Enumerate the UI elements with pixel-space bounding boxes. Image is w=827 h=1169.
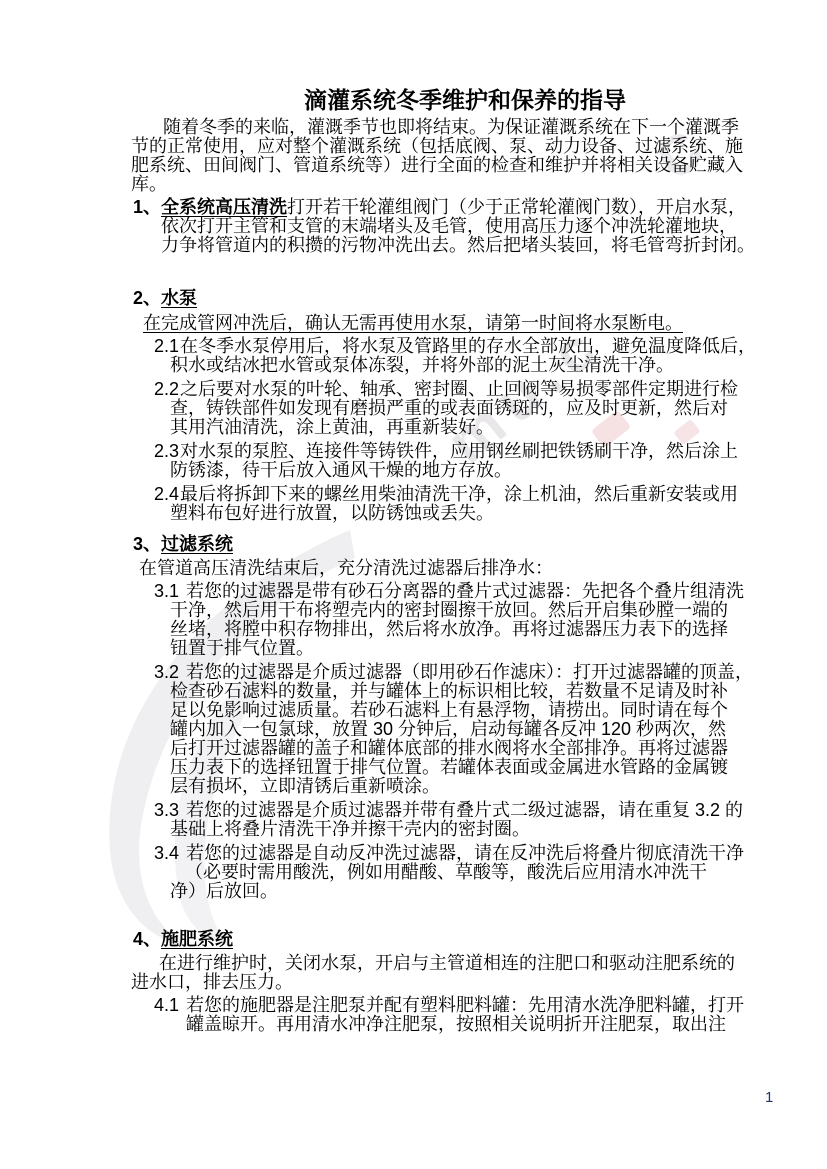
item-2-2-text: 之后要对水泵的叶轮、轴承、密封圈、止回阀等易损零部件定期进行检 xyxy=(180,379,738,399)
item-3-2-line: 3.2若您的过滤器是介质过滤器（即用砂石作滤床）：打开过滤器罐的顶盖， xyxy=(154,662,753,682)
item-3-2-line: 足以免影响过滤质量。若砂石滤料上有悬浮物，请捞出。同时请在每个 xyxy=(170,700,728,720)
item-2-4-line: 2.4最后将拆卸下来的螺丝用柴油清洗干净，涂上机油，然后重新安装或用 xyxy=(154,484,738,504)
section3-heading-line: 3、过滤系统 xyxy=(133,534,233,554)
item-3-2-line: 层有损坏，立即清锈后重新喷涂。 xyxy=(170,776,440,796)
item-2-2-line: 查，铸铁部件如发现有磨损严重的或表面锈斑的，应及时更新，然后对 xyxy=(170,398,728,418)
section4-number: 4、 xyxy=(133,929,161,949)
item-3-4-line: （必要时需用酸洗，例如用醋酸、草酸等，酸洗后应用清水冲洗干 xyxy=(185,862,707,882)
section1-number: 1、 xyxy=(133,197,161,217)
section1-heading-line: 1、全系统高压清洗打开若干轮灌组阀门（少于正常轮灌阀门数），开启水泵， xyxy=(133,197,746,217)
item-3-3-line: 基础上将叠片清洗干净并擦干壳内的密封圈。 xyxy=(170,819,530,839)
item-3-4-number: 3.4 xyxy=(154,843,179,863)
item-3-1-text: 若您的过滤器是带有砂石分离器的叠片式过滤器：先把各个叠片组清洗 xyxy=(186,581,744,601)
section2-heading-line: 2、水泵 xyxy=(133,288,197,308)
item-2-1-number: 2.1 xyxy=(154,336,179,356)
item-4-1-text: 若您的施肥器是注肥泵并配有塑料肥料罐：先用清水洗净肥料罐，打开 xyxy=(186,995,744,1015)
item-3-1-number: 3.1 xyxy=(154,581,179,601)
section2-note: 在完成管网冲洗后，确认无需再使用水泵，请第一时间将水泵断电。 xyxy=(143,313,683,333)
intro-line: 节的正常使用，应对整个灌溉系统（包括底阀、泵、动力设备、过滤系统、施 xyxy=(131,136,743,156)
item-3-2-text: 若您的过滤器是介质过滤器（即用砂石作滤床）：打开过滤器罐的顶盖， xyxy=(186,662,753,682)
item-4-1-line: 罐盖晾开。再用清水冲净注肥泵，按照相关说明折开注肥泵，取出注 xyxy=(186,1014,726,1034)
section2-number: 2、 xyxy=(133,288,161,308)
item-2-1-text: 在冬季水泵停用后，将水泵及管路里的存水全部放出，避免温度降低后， xyxy=(180,336,756,356)
item-2-1-line: 2.1在冬季水泵停用后，将水泵及管路里的存水全部放出，避免温度降低后， xyxy=(154,336,756,356)
item-3-2-line: 检查砂石滤料的数量，并与罐体上的标识相比较，若数量不足请及时补 xyxy=(170,681,728,701)
item-2-4-number: 2.4 xyxy=(154,484,179,504)
item-3-3-number: 3.3 xyxy=(154,800,179,820)
item-3-4-line: 净）后放回。 xyxy=(170,881,278,901)
intro-line: 随着冬季的来临，灌溉季节也即将结束。为保证灌溉系统在下一个灌溉季 xyxy=(163,117,739,137)
item-3-1-line: 丝堵，将膛中积存物排出，然后将水放净。再将过滤器压力表下的选择 xyxy=(170,619,728,639)
section1-line: 力争将管道内的积攒的污物冲洗出去。然后把堵头装回，将毛管弯折封闭。 xyxy=(161,235,755,255)
section1-heading: 全系统高压清洗 xyxy=(161,197,287,217)
item-3-4-line: 3.4若您的过滤器是自动反冲洗过滤器，请在反冲洗后将叠片彻底清洗干净 xyxy=(154,843,744,863)
item-4-1-line: 4.1若您的施肥器是注肥泵并配有塑料肥料罐：先用清水洗净肥料罐，打开 xyxy=(154,995,744,1015)
section3-number: 3、 xyxy=(133,534,161,554)
item-2-3-number: 2.3 xyxy=(154,441,179,461)
item-3-1-line: 钮置于排气位置。 xyxy=(170,638,314,658)
section4-heading-line: 4、施肥系统 xyxy=(133,929,233,949)
item-3-1-line: 3.1若您的过滤器是带有砂石分离器的叠片式过滤器：先把各个叠片组清洗 xyxy=(154,581,744,601)
item-2-3-line: 防锈漆，待干后放入通风干燥的地方存放。 xyxy=(170,460,512,480)
section2-heading: 水泵 xyxy=(161,288,197,308)
section4-heading: 施肥系统 xyxy=(161,929,233,949)
item-2-2-line: 其用汽油清洗，涂上黄油，再重新装好。 xyxy=(170,417,494,437)
item-3-2-number: 3.2 xyxy=(154,662,179,682)
section3-heading: 过滤系统 xyxy=(161,534,233,554)
intro-line: 肥系统、田间阀门、管道系统等）进行全面的检查和维护并将相关设备贮藏入 xyxy=(131,155,743,175)
item-2-2-line: 2.2之后要对水泵的叶轮、轴承、密封圈、止回阀等易损零部件定期进行检 xyxy=(154,379,738,399)
document-page: c mu.c 滴灌系统冬季维护和保养的指导 随着冬季的来临，灌溉季节也即将结束。… xyxy=(0,0,827,1169)
section1-line: 依次打开主管和支管的末端堵头及毛管，使用高压力逐个冲洗轮灌地块， xyxy=(161,216,737,236)
item-2-2-number: 2.2 xyxy=(154,379,179,399)
item-3-2-line: 罐内加入一包氯球，放置 30 分钟后，启动每罐各反冲 120 秒两次，然 xyxy=(170,719,726,739)
item-2-4-line: 塑料布包好进行放置，以防锈蚀或丢失。 xyxy=(170,503,494,523)
item-3-3-line: 3.3若您的过滤器是介质过滤器并带有叠片式二级过滤器，请在重复 3.2 的 xyxy=(154,800,743,820)
item-3-1-line: 干净，然后用干布将塑壳内的密封圈擦干放回。然后开启集砂膛一端的 xyxy=(170,600,728,620)
item-2-3-line: 2.3对水泵的泵腔、连接件等铸铁件，应用钢丝刷把铁锈刷干净，然后涂上 xyxy=(154,441,738,461)
item-3-2-line: 压力表下的选择钮置于排气位置。若罐体表面或金属进水管路的金属镀 xyxy=(170,757,728,777)
document-title: 滴灌系统冬季维护和保养的指导 xyxy=(131,82,743,115)
item-2-4-text: 最后将拆卸下来的螺丝用柴油清洗干净，涂上机油，然后重新安装或用 xyxy=(180,484,738,504)
page-number: 1 xyxy=(765,1089,773,1106)
section1-text: 打开若干轮灌组阀门（少于正常轮灌阀门数），开启水泵， xyxy=(287,197,746,217)
item-3-3-text: 若您的过滤器是介质过滤器并带有叠片式二级过滤器，请在重复 3.2 的 xyxy=(186,800,743,820)
item-3-2-line: 后打开过滤器罐的盖子和罐体底部的排水阀将水全部排净。再将过滤器 xyxy=(170,738,728,758)
item-2-1-line: 积水或结冰把水管或泵体冻裂，并将外部的泥土灰尘清洗干净。 xyxy=(170,355,674,375)
section4-note-line: 在进行维护时，关闭水泵，开启与主管道相连的注肥口和驱动注肥系统的 xyxy=(159,953,735,973)
item-2-3-text: 对水泵的泵腔、连接件等铸铁件，应用钢丝刷把铁锈刷干净，然后涂上 xyxy=(180,441,738,461)
section3-note: 在管道高压清洗结束后，充分清洗过滤器后排净水： xyxy=(139,558,553,578)
item-4-1-number: 4.1 xyxy=(154,995,179,1015)
intro-line: 库。 xyxy=(131,174,167,194)
item-3-4-text: 若您的过滤器是自动反冲洗过滤器，请在反冲洗后将叠片彻底清洗干净 xyxy=(186,843,744,863)
section4-note-line: 进水口，排去压力。 xyxy=(131,972,293,992)
